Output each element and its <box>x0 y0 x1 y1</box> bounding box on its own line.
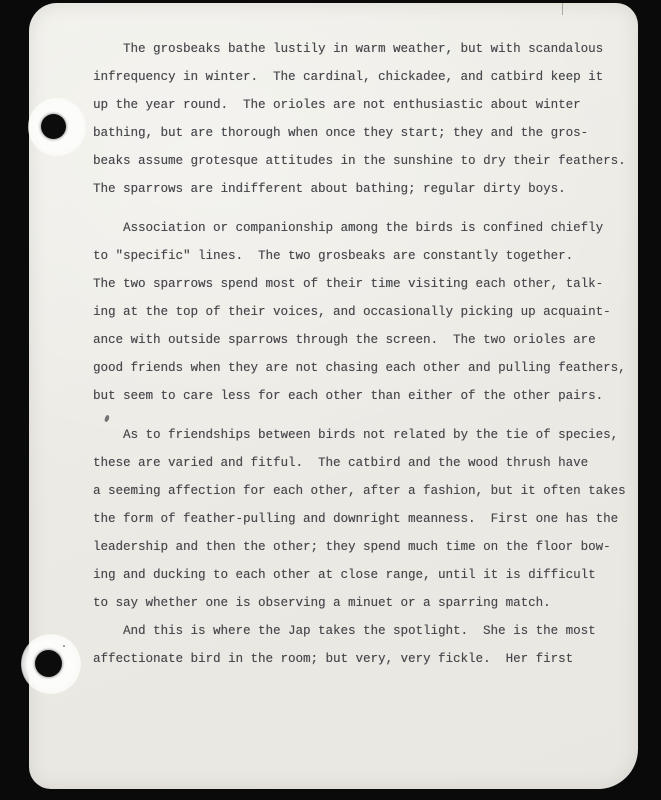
text-line: good friends when they are not chasing e… <box>93 354 641 382</box>
text-line: these are varied and fitful. The catbird… <box>93 449 641 477</box>
text-line: As to friendships between birds not rela… <box>93 421 641 449</box>
text-line: affectionate bird in the room; but very,… <box>93 645 641 673</box>
text-line: Association or companionship among the b… <box>93 214 641 242</box>
text-line: to say whether one is observing a minuet… <box>93 589 641 617</box>
text-line: And this is where the Jap takes the spot… <box>93 617 641 645</box>
text-line: The sparrows are indifferent about bathi… <box>93 175 641 203</box>
text-line: but seem to care less for each other tha… <box>93 382 641 410</box>
text-line: a seeming affection for each other, afte… <box>93 477 641 505</box>
ink-speck <box>619 489 621 491</box>
hole-punch-bottom <box>35 650 62 677</box>
paragraph: And this is where the Jap takes the spot… <box>93 617 641 673</box>
typewritten-text: The grosbeaks bathe lustily in warm weat… <box>93 35 641 673</box>
text-line: The two sparrows spend most of their tim… <box>93 270 641 298</box>
text-line: bathing, but are thorough when once they… <box>93 119 641 147</box>
paragraph: The grosbeaks bathe lustily in warm weat… <box>93 35 641 203</box>
paragraph: As to friendships between birds not rela… <box>93 421 641 617</box>
text-line: ing and ducking to each other at close r… <box>93 561 641 589</box>
text-line: The grosbeaks bathe lustily in warm weat… <box>93 35 641 63</box>
scan-scratch <box>562 3 563 15</box>
text-line: beaks assume grotesque attitudes in the … <box>93 147 641 175</box>
text-line: up the year round. The orioles are not e… <box>93 91 641 119</box>
scanned-document: The grosbeaks bathe lustily in warm weat… <box>0 0 661 800</box>
text-line: leadership and then the other; they spen… <box>93 533 641 561</box>
ink-speck <box>63 645 65 647</box>
text-line: to "specific" lines. The two grosbeaks a… <box>93 242 641 270</box>
text-line: ance with outside sparrows through the s… <box>93 326 641 354</box>
paragraph: Association or companionship among the b… <box>93 214 641 410</box>
text-line: ing at the top of their voices, and occa… <box>93 298 641 326</box>
text-line: infrequency in winter. The cardinal, chi… <box>93 63 641 91</box>
text-line: the form of feather-pulling and downrigh… <box>93 505 641 533</box>
hole-punch-top <box>41 114 66 139</box>
